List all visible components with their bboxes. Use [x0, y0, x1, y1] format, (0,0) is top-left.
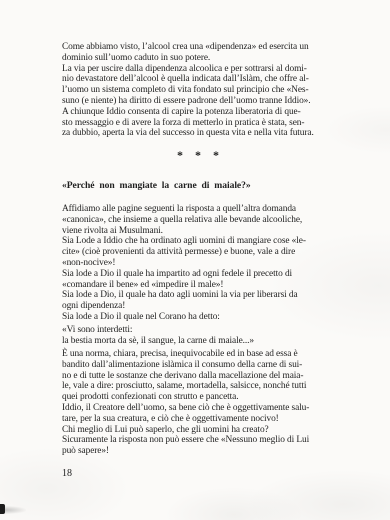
scan-artifact-smudge [4, 506, 26, 514]
book-page: Come abbiamo visto, l’alcool crea una «d… [0, 0, 390, 520]
intro-paragraph: Come abbiamo visto, l’alcool crea una «d… [62, 42, 344, 139]
quran-quote: «Vi sono interdetti: la bestia morta da … [62, 325, 344, 347]
praise-paragraph: Affidiamo alle pagine seguenti la rispos… [62, 204, 344, 323]
section-heading: «Perché non mangiate la carne di maiale?… [62, 180, 344, 191]
page-number: 18 [62, 468, 72, 480]
asterisk-separator: * * * [62, 149, 334, 161]
norm-paragraph: È una norma, chiara, precisa, inequivoca… [62, 349, 344, 457]
